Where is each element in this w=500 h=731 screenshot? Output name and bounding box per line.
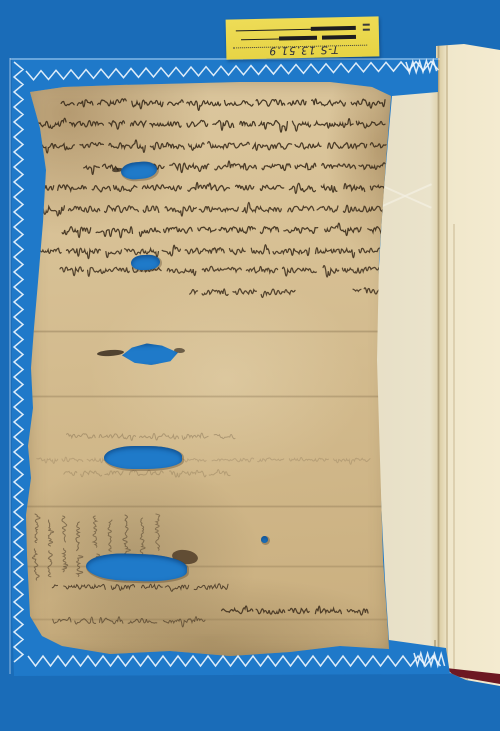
scale-bar [322,35,356,39]
shelfmark-label: T-S 13.51.9 [242,43,364,58]
hole-through-to-cloth [104,446,182,469]
scale-bar [279,36,317,40]
handwritten-line [60,265,384,277]
handwritten-line [52,584,228,591]
marginal-column [76,522,83,576]
page-edge-line [453,224,455,686]
page-edge-line [437,44,440,686]
handwritten-line [62,223,386,238]
marginal-column [32,514,40,580]
handwritten-line [53,617,205,627]
handwriting-layer [24,78,392,658]
handwritten-line [35,118,385,132]
handwritten-line [61,99,385,110]
melinex-sleeve-edge [10,58,440,60]
scale-tick [363,24,370,26]
handwritten-line [38,245,385,259]
scale-bar [311,26,356,31]
handwritten-line [67,433,235,440]
marginal-column [48,520,54,577]
marginal-column [62,516,68,572]
manuscript-photograph: T-S 13.51.9 [0,0,500,731]
scale-bar [236,29,312,32]
handwritten-line [37,457,370,464]
scale-tick [363,29,370,31]
scale-bar [241,38,279,40]
handwritten-line [33,140,386,153]
handwritten-line [222,606,368,615]
handwritten-line [41,202,385,216]
handwritten-line [36,183,387,194]
parchment-fragment [24,78,392,658]
hole-through-to-cloth [261,536,268,543]
scale-card: T-S 13.51.9 [226,16,380,59]
page-edge-line [446,44,448,686]
handwritten-line [64,470,230,477]
melinex-sleeve-edge [9,58,11,674]
handwritten-line [190,289,295,298]
